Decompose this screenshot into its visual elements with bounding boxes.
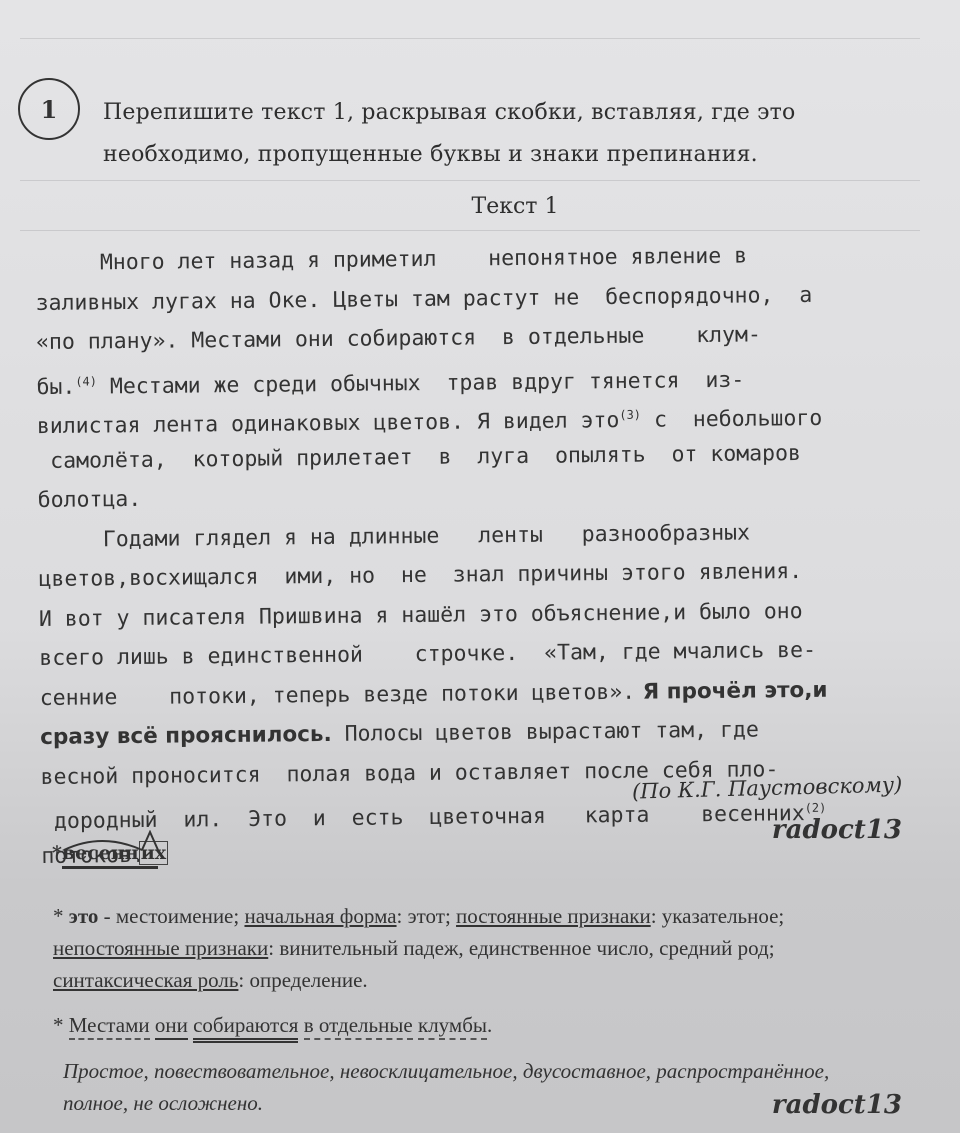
footnote-marker: (4) (75, 374, 97, 388)
passage-text: Полосы цветов вырастают там, где (332, 717, 759, 746)
prepositional-phrase: в отдельные (304, 1013, 413, 1040)
ruled-line (20, 230, 920, 231)
task-number-badge: 1 (18, 78, 80, 140)
adverbial-word: Местами (69, 1013, 150, 1040)
dash: - (98, 904, 116, 928)
part-of-speech: местоимение; (116, 904, 245, 928)
asterisk: * (52, 842, 62, 864)
task-instruction: Перепишите текст 1, раскрывая скобки, вс… (103, 92, 903, 176)
analyzed-word: это (69, 904, 99, 928)
watermark: radoct13 (772, 815, 902, 845)
footnote-marker: (2) (805, 801, 827, 815)
asterisk: * (53, 1013, 69, 1037)
asterisk: * (53, 904, 69, 928)
predicate-word: собираются (193, 1013, 298, 1043)
variable-features-label: непостоянные признаки (53, 936, 268, 960)
passage-text: Местами же среди обычных трав вдруг тяне… (97, 367, 744, 399)
syntactic-role-label: синтаксическая роль (53, 968, 238, 992)
adverbial-object-word: клумбы (418, 1013, 487, 1040)
footnote-marker: (3) (619, 408, 641, 422)
stem-underline (62, 866, 158, 869)
initial-form-value: : этот; (397, 904, 456, 928)
task-number: 1 (41, 95, 58, 124)
variable-features-value: : винительный падеж, единственное число,… (268, 936, 774, 960)
root-arc-icon (62, 830, 162, 852)
ruled-line (20, 38, 920, 39)
period: . (487, 1013, 492, 1037)
passage-text: бы. (36, 374, 75, 399)
ruled-line (20, 180, 920, 181)
syntactic-role-value: : определение. (238, 968, 367, 992)
text-title: Текст 1 (0, 194, 960, 219)
sentence-characteristic: Простое, повествовательное, невосклицате… (63, 1055, 863, 1119)
subject-word: они (155, 1013, 188, 1040)
constant-features-value: : указательное; (651, 904, 785, 928)
passage-text: сенние потоки, теперь везде потоки цвето… (40, 679, 636, 710)
passage-text: с небольшого (641, 406, 822, 433)
sentence-analysis: * Местами они собираются в отдельные клу… (53, 1013, 492, 1043)
passage-bold-text: сразу всё прояснилось. (40, 722, 332, 750)
passage-bold-text: Я прочёл это,и (635, 677, 828, 704)
morpheme-analysis: *весенних (52, 842, 168, 864)
watermark: radoct13 (772, 1090, 902, 1120)
morphological-analysis: * это - местоимение; начальная форма: эт… (53, 900, 903, 996)
initial-form-label: начальная форма (244, 904, 396, 928)
passage-text: вилистая лента одинаковых цветов. Я виде… (37, 408, 620, 439)
constant-features-label: постоянные признаки (456, 904, 651, 928)
